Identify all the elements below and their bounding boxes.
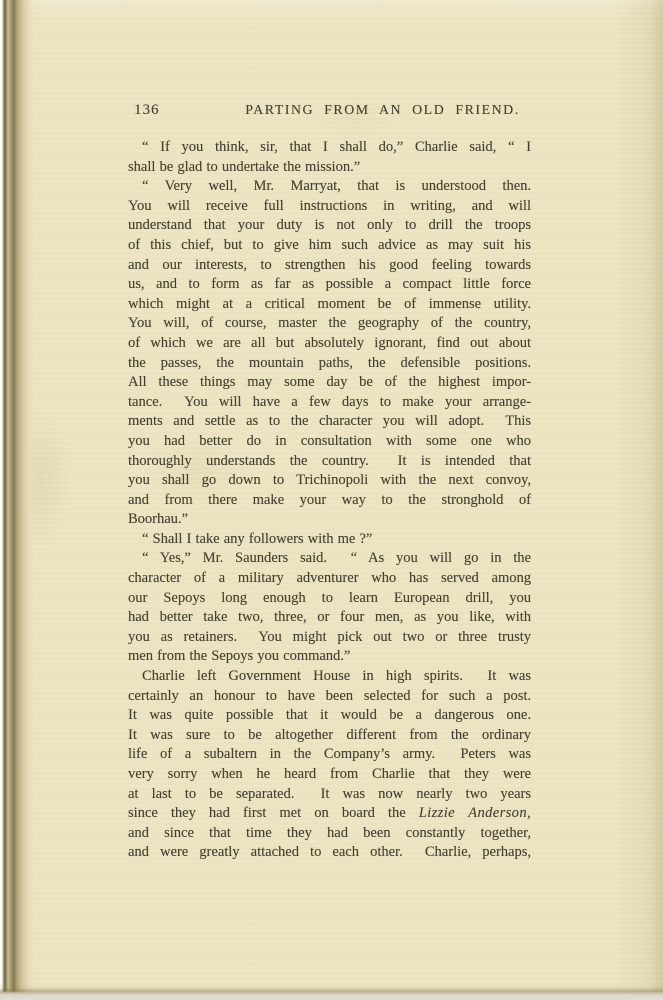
paragraph: Charlie left Government House in high sp… — [128, 667, 531, 863]
text-line: You will, of course, master the geograph… — [128, 314, 531, 334]
text-line: Charlie left Government House in high sp… — [128, 667, 531, 687]
text-line: “ Shall I take any followers with me ?” — [128, 530, 531, 550]
text-segment: understand that your duty is not only to… — [128, 217, 531, 233]
text-segment: Boorhau.” — [128, 511, 188, 527]
book-binding-edge — [0, 0, 34, 1000]
text-segment: had better take two, three, or four men,… — [128, 609, 531, 625]
text-segment: since they had first met on board the — [128, 805, 419, 821]
paragraph: “ Very well, Mr. Marryat, that is unders… — [128, 177, 531, 530]
text-line: All these things may some day be of the … — [128, 373, 531, 393]
text-segment: ments and settle as to the character you… — [128, 413, 531, 429]
text-line: It was sure to be altogether different f… — [128, 726, 531, 746]
page-bottom-edge — [0, 984, 663, 1000]
text-segment: life of a subaltern in the Company’s arm… — [128, 746, 531, 762]
paragraph: “ Yes,” Mr. Saunders said. “ As you will… — [128, 549, 531, 667]
text-segment: All these things may some day be of the … — [128, 374, 531, 390]
text-line: our Sepoys long enough to learn European… — [128, 589, 531, 609]
text-segment: “ Very well, Mr. Marryat, that is unders… — [142, 178, 531, 194]
text-line: you had better do in consultation with s… — [128, 432, 531, 452]
text-line: You will receive full instructions in wr… — [128, 197, 531, 217]
text-segment: thoroughly understands the country. It i… — [128, 453, 531, 469]
text-segment: and since that time they had been consta… — [128, 825, 531, 841]
text-line: men from the Sepoys you command.” — [128, 647, 531, 667]
text-segment: Charlie left Government House in high sp… — [142, 668, 531, 684]
text-line: “ If you think, sir, that I shall do,” C… — [128, 138, 531, 158]
text-segment: It was quite possible that it would be a… — [128, 707, 531, 723]
text-line: thoroughly understands the country. It i… — [128, 452, 531, 472]
text-line: Boorhau.” — [128, 510, 531, 530]
text-segment: and were greatly attached to each other.… — [128, 844, 531, 860]
text-segment: of this chief, but to give him such advi… — [128, 237, 531, 253]
running-title: PARTING FROM AN OLD FRIEND. — [174, 101, 531, 119]
text-segment: you had better do in consultation with s… — [128, 433, 531, 449]
text-segment: you shall go down to Trichinopoli with t… — [128, 472, 531, 488]
text-segment: the passes, the mountain paths, the defe… — [128, 355, 531, 371]
text-segment: you as retainers. You might pick out two… — [128, 629, 531, 645]
text-line: since they had first met on board the Li… — [128, 804, 531, 824]
text-line: which might at a critical moment be of i… — [128, 295, 531, 315]
italic-text: Lizzie Anderson, — [419, 805, 531, 821]
text-line: and since that time they had been consta… — [128, 824, 531, 844]
text-line: us, and to form as far as possible a com… — [128, 275, 531, 295]
text-line: tance. You will have a few days to make … — [128, 393, 531, 413]
text-body: “ If you think, sir, that I shall do,” C… — [128, 138, 531, 863]
text-segment: of which we are all but absolutely ignor… — [128, 335, 531, 351]
text-segment: shall be glad to undertake the mission.” — [128, 159, 360, 175]
text-segment: “ Shall I take any followers with me ?” — [142, 531, 372, 547]
text-segment: tance. You will have a few days to make … — [128, 394, 531, 410]
text-line: you shall go down to Trichinopoli with t… — [128, 471, 531, 491]
text-line: and were greatly attached to each other.… — [128, 843, 531, 863]
text-line: life of a subaltern in the Company’s arm… — [128, 745, 531, 765]
text-line: shall be glad to undertake the mission.” — [128, 158, 531, 178]
text-line: at last to be separated. It was now near… — [128, 785, 531, 805]
text-segment: very sorry when he heard from Charlie th… — [128, 766, 531, 782]
text-segment: and from there make your way to the stro… — [128, 492, 531, 508]
paragraph: “ Shall I take any followers with me ?” — [128, 530, 531, 550]
text-segment: our Sepoys long enough to learn European… — [128, 590, 531, 606]
text-segment: us, and to form as far as possible a com… — [128, 276, 531, 292]
text-segment: It was sure to be altogether different f… — [128, 727, 531, 743]
text-segment: certainly an honour to have been selecte… — [128, 688, 531, 704]
text-line: of which we are all but absolutely ignor… — [128, 334, 531, 354]
text-segment: You will, of course, master the geograph… — [128, 315, 531, 331]
text-line: the passes, the mountain paths, the defe… — [128, 354, 531, 374]
text-segment: “ Yes,” Mr. Saunders said. “ As you will… — [142, 550, 531, 566]
page-header: 136 PARTING FROM AN OLD FRIEND. — [128, 101, 531, 119]
text-line: ments and settle as to the character you… — [128, 412, 531, 432]
text-segment: which might at a critical moment be of i… — [128, 296, 531, 312]
text-segment: You will receive full instructions in wr… — [128, 198, 531, 214]
text-line: character of a military adventurer who h… — [128, 569, 531, 589]
page-content: 136 PARTING FROM AN OLD FRIEND. “ If you… — [128, 101, 531, 863]
book-page-scan: 136 PARTING FROM AN OLD FRIEND. “ If you… — [0, 0, 663, 1000]
text-line: you as retainers. You might pick out two… — [128, 628, 531, 648]
text-line: “ Very well, Mr. Marryat, that is unders… — [128, 177, 531, 197]
text-line: had better take two, three, or four men,… — [128, 608, 531, 628]
text-line: and from there make your way to the stro… — [128, 491, 531, 511]
text-line: and our interests, to strengthen his goo… — [128, 256, 531, 276]
paragraph: “ If you think, sir, that I shall do,” C… — [128, 138, 531, 177]
text-line: understand that your duty is not only to… — [128, 216, 531, 236]
text-line: “ Yes,” Mr. Saunders said. “ As you will… — [128, 549, 531, 569]
text-line: It was quite possible that it would be a… — [128, 706, 531, 726]
text-segment: at last to be separated. It was now near… — [128, 786, 531, 802]
text-segment: “ If you think, sir, that I shall do,” C… — [142, 139, 531, 155]
page-number: 136 — [134, 101, 174, 119]
text-segment: and our interests, to strengthen his goo… — [128, 257, 531, 273]
text-line: very sorry when he heard from Charlie th… — [128, 765, 531, 785]
text-segment: men from the Sepoys you command.” — [128, 648, 350, 664]
text-line: of this chief, but to give him such advi… — [128, 236, 531, 256]
text-line: certainly an honour to have been selecte… — [128, 687, 531, 707]
text-segment: character of a military adventurer who h… — [128, 570, 531, 586]
